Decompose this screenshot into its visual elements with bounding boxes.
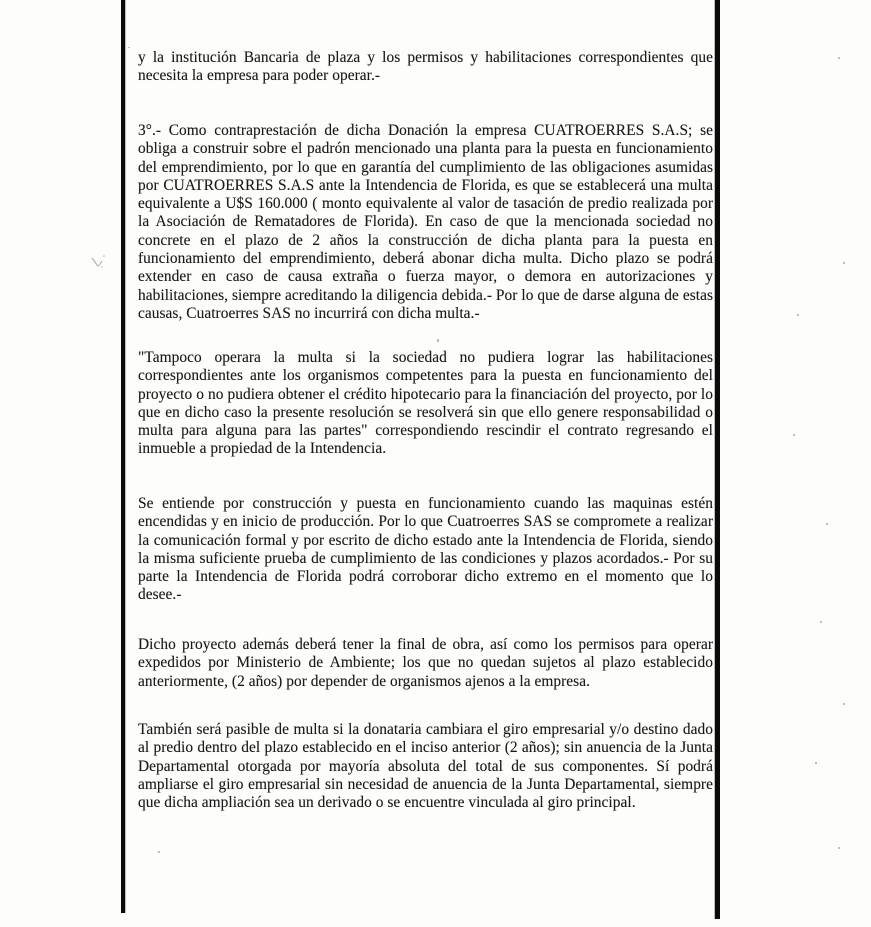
handwritten-mark [88, 250, 114, 276]
scan-speck [843, 262, 845, 264]
paragraph-dicho-proyecto: Dicho proyecto además deberá tener la fi… [138, 636, 713, 691]
scan-speck [838, 57, 840, 59]
paragraph-clause-3: 3°.- Como contraprestación de dicha Dona… [138, 122, 713, 323]
scan-speck [793, 434, 795, 436]
scan-speck [128, 47, 130, 48]
paragraph-se-entiende: Se entiende por construcción y puesta en… [138, 495, 713, 605]
paragraph-intro: y la institución Bancaria de plaza y los… [138, 49, 713, 86]
scanned-document-page: y la institución Bancaria de plaza y los… [0, 0, 871, 927]
paragraph-tambien: También será pasible de multa si la dona… [138, 721, 713, 812]
scan-border-left [121, 0, 125, 913]
scan-speck [797, 314, 799, 316]
scan-speck [437, 339, 439, 342]
scan-speck [820, 621, 822, 623]
scan-border-right [715, 0, 720, 919]
scan-speck [838, 847, 840, 849]
scan-speck [815, 762, 817, 764]
scan-speck [158, 851, 160, 853]
scan-speck [826, 523, 828, 525]
paragraph-tampoco: "Tampoco operara la multa si la sociedad… [138, 349, 713, 459]
scan-speck [843, 703, 845, 705]
